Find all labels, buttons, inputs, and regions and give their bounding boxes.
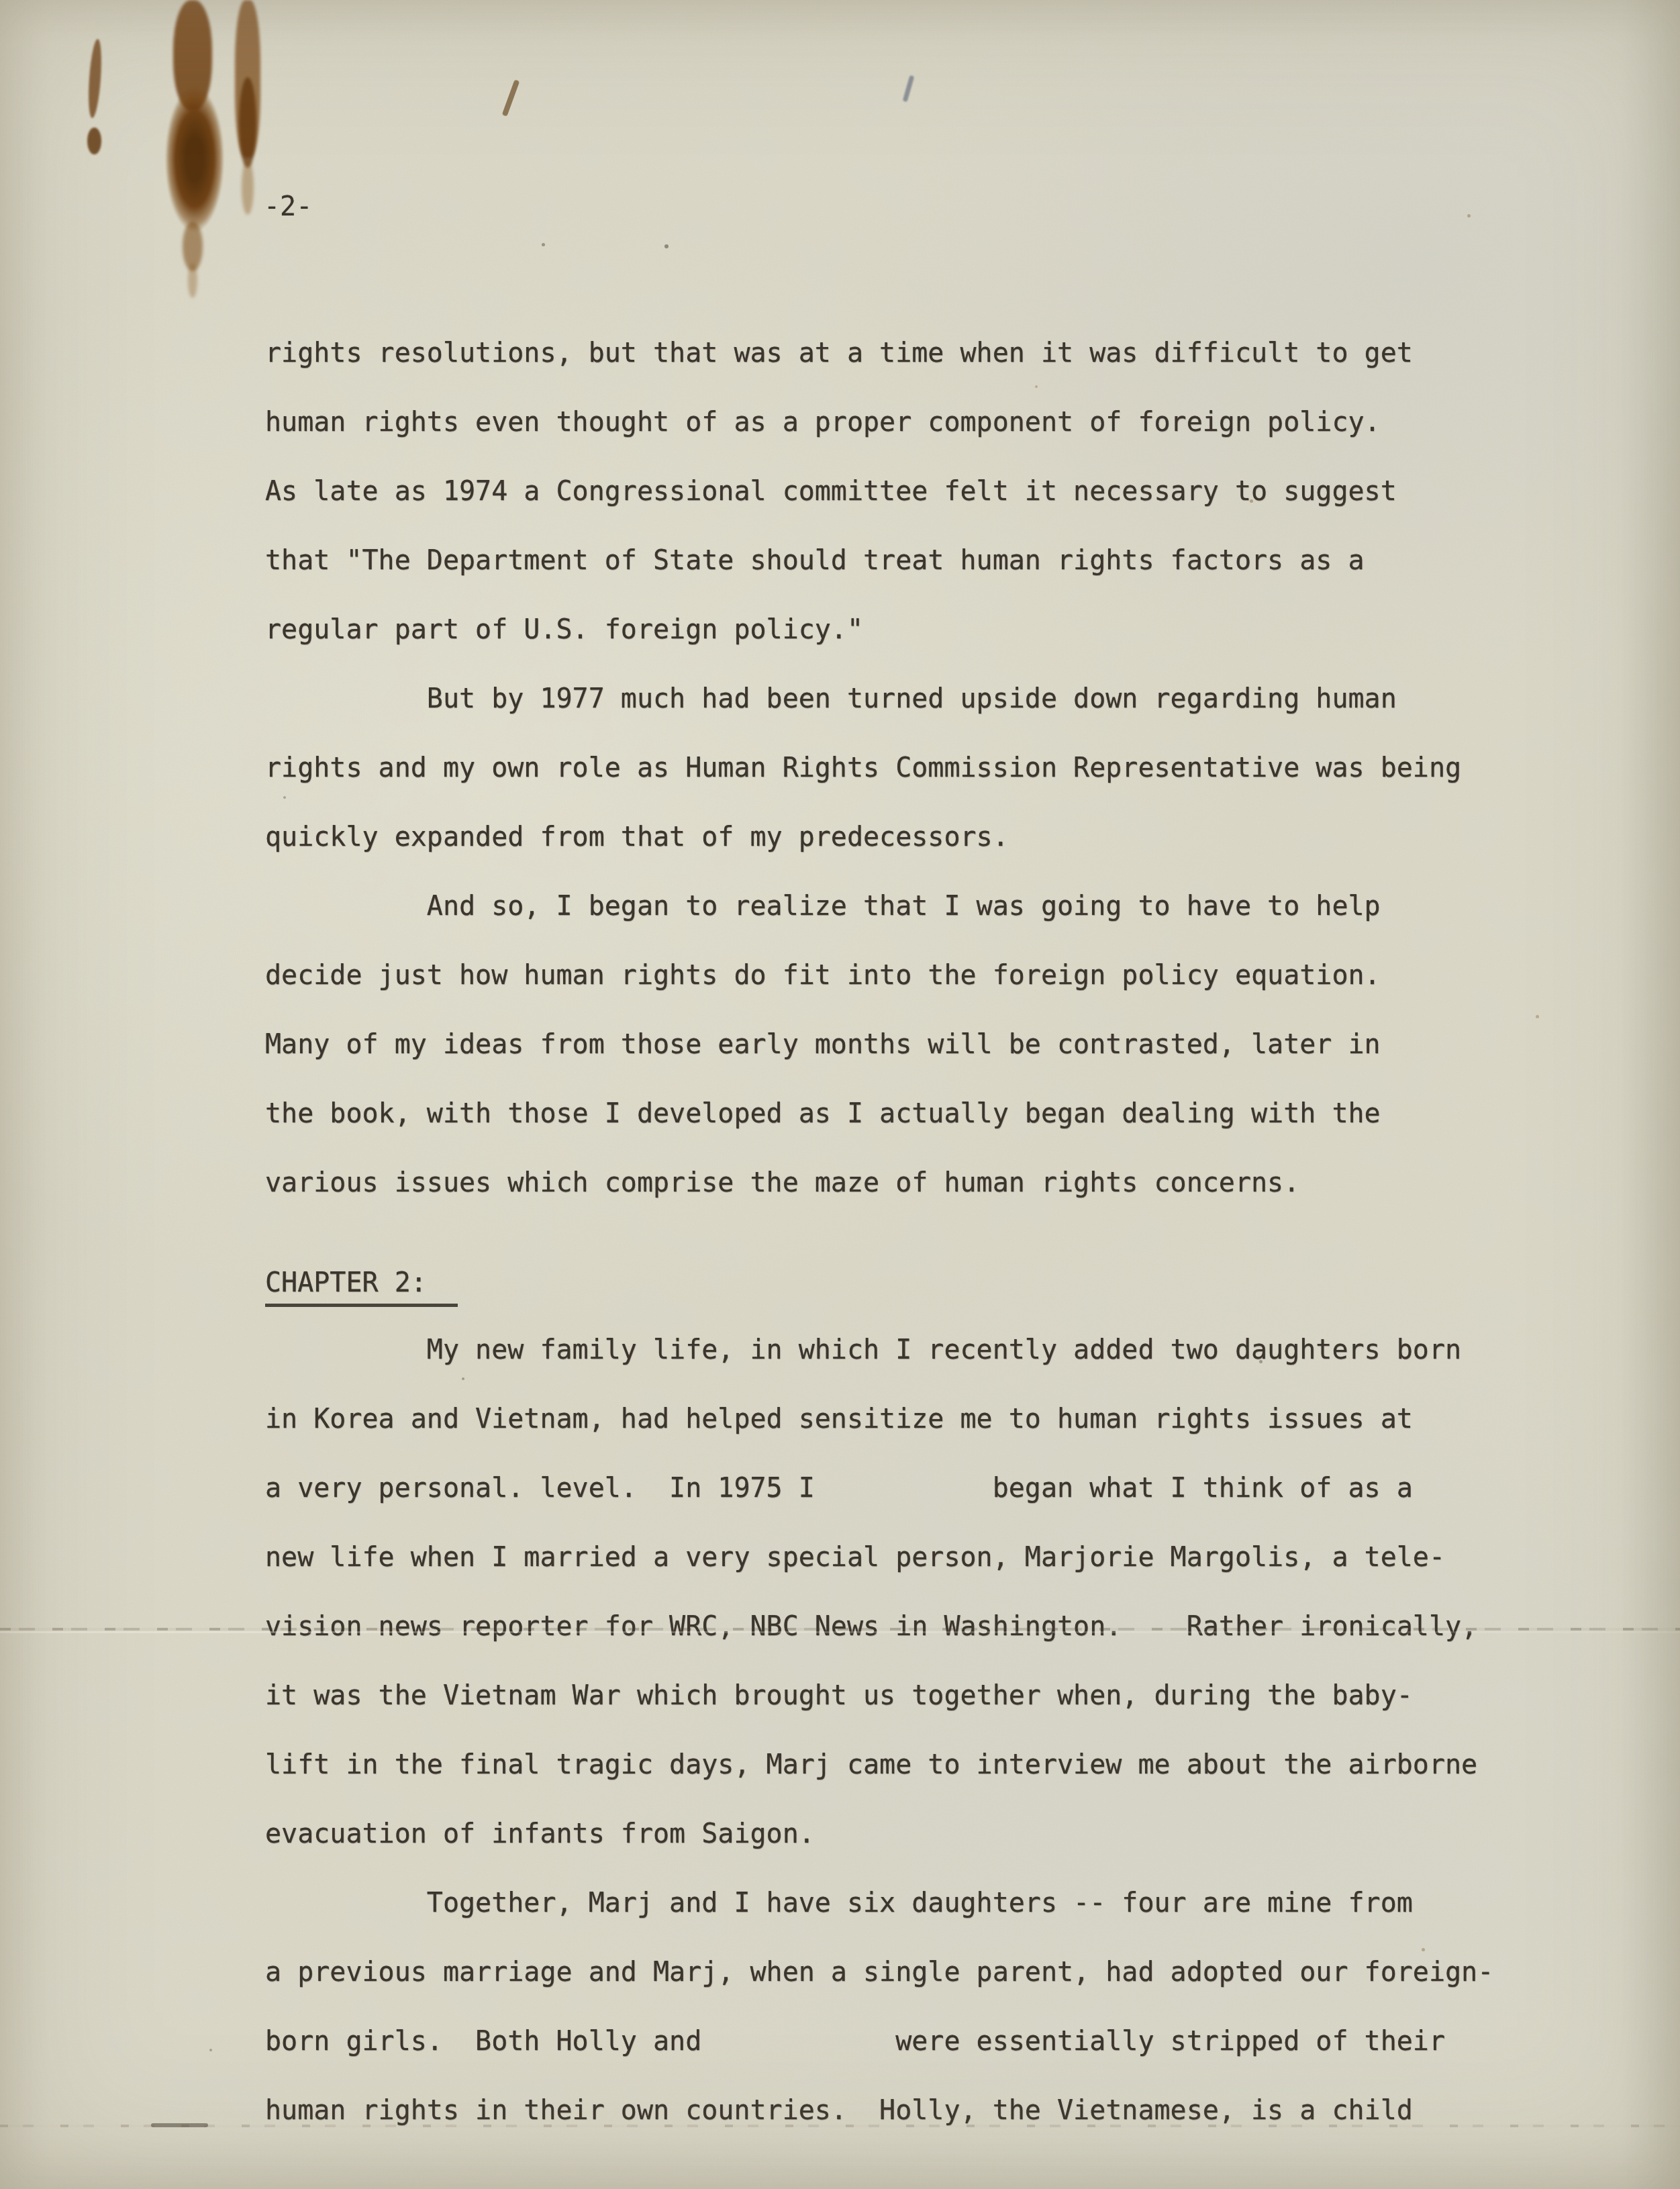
typed-line: regular part of U.S. foreign policy." xyxy=(265,595,1461,665)
stain-drip-right-column xyxy=(235,0,260,158)
stain-drip-large-tail-faint xyxy=(188,263,197,298)
typed-line: in Korea and Vietnam, had helped sensiti… xyxy=(265,1385,1493,1454)
typed-line: a very personal. level. In 1975 I began … xyxy=(265,1454,1493,1523)
stain-dot-left xyxy=(87,128,101,154)
paper-speck xyxy=(209,2049,212,2051)
paper-speck xyxy=(542,243,545,246)
typed-line: rights and my own role as Human Rights C… xyxy=(265,734,1461,803)
typed-line: human rights even thought of as a proper… xyxy=(265,388,1461,457)
paper-speck xyxy=(1536,1015,1539,1018)
typed-line: decide just how human rights do fit into… xyxy=(265,941,1461,1010)
typed-line: a previous marriage and Marj, when a sin… xyxy=(265,1938,1493,2007)
typed-line: evacuation of infants from Saigon. xyxy=(265,1800,1493,1869)
typed-line: born girls. Both Holly and were essentia… xyxy=(265,2007,1493,2076)
typed-line: My new family life, in which I recently … xyxy=(265,1316,1493,1385)
stain-drip-right-tail xyxy=(242,160,254,215)
pen-tick-mark xyxy=(502,79,520,116)
stain-drip-large-head xyxy=(165,86,224,232)
typed-line: vision news reporter for WRC, NBC News i… xyxy=(265,1592,1493,1661)
typed-line: As late as 1974 a Congressional committe… xyxy=(265,457,1461,526)
fold-crease-bottom-dash xyxy=(151,2123,208,2127)
typed-line: Together, Marj and I have six daughters … xyxy=(265,1869,1493,1938)
paper-speck xyxy=(1467,214,1471,217)
page-number: -2- xyxy=(264,191,312,222)
paper-speck xyxy=(664,244,669,248)
chapter-heading: CHAPTER 2: xyxy=(265,1267,458,1307)
typed-line: the book, with those I developed as I ac… xyxy=(265,1079,1461,1149)
typed-line: And so, I began to realize that I was go… xyxy=(265,872,1461,941)
stain-drip-large-column xyxy=(173,0,212,111)
typed-line: rights resolutions, but that was at a ti… xyxy=(265,319,1461,388)
typed-line: that "The Department of State should tre… xyxy=(265,526,1461,595)
stain-streak-left xyxy=(87,39,103,119)
typed-line: quickly expanded from that of my predece… xyxy=(265,803,1461,872)
typed-line: But by 1977 much had been turned upside … xyxy=(265,665,1461,734)
manuscript-page: -2- rights resolutions, but that was at … xyxy=(0,0,1680,2189)
typed-line: various issues which comprise the maze o… xyxy=(265,1149,1461,1218)
stain-drip-right-core xyxy=(239,77,256,168)
typed-line: new life when I married a very special p… xyxy=(265,1523,1493,1592)
stain-drip-large-tail xyxy=(183,222,203,271)
typed-line: Many of my ideas from those early months… xyxy=(265,1010,1461,1079)
blue-fleck-mark xyxy=(903,75,915,102)
typed-line: human rights in their own countries. Hol… xyxy=(265,2076,1493,2145)
body-text-block-1: rights resolutions, but that was at a ti… xyxy=(265,319,1461,1218)
typed-line: it was the Vietnam War which brought us … xyxy=(265,1661,1493,1731)
chapter-heading-row: CHAPTER 2: xyxy=(265,1267,458,1307)
typed-line: lift in the final tragic days, Marj came… xyxy=(265,1731,1493,1800)
body-text-block-2: My new family life, in which I recently … xyxy=(265,1316,1493,2145)
